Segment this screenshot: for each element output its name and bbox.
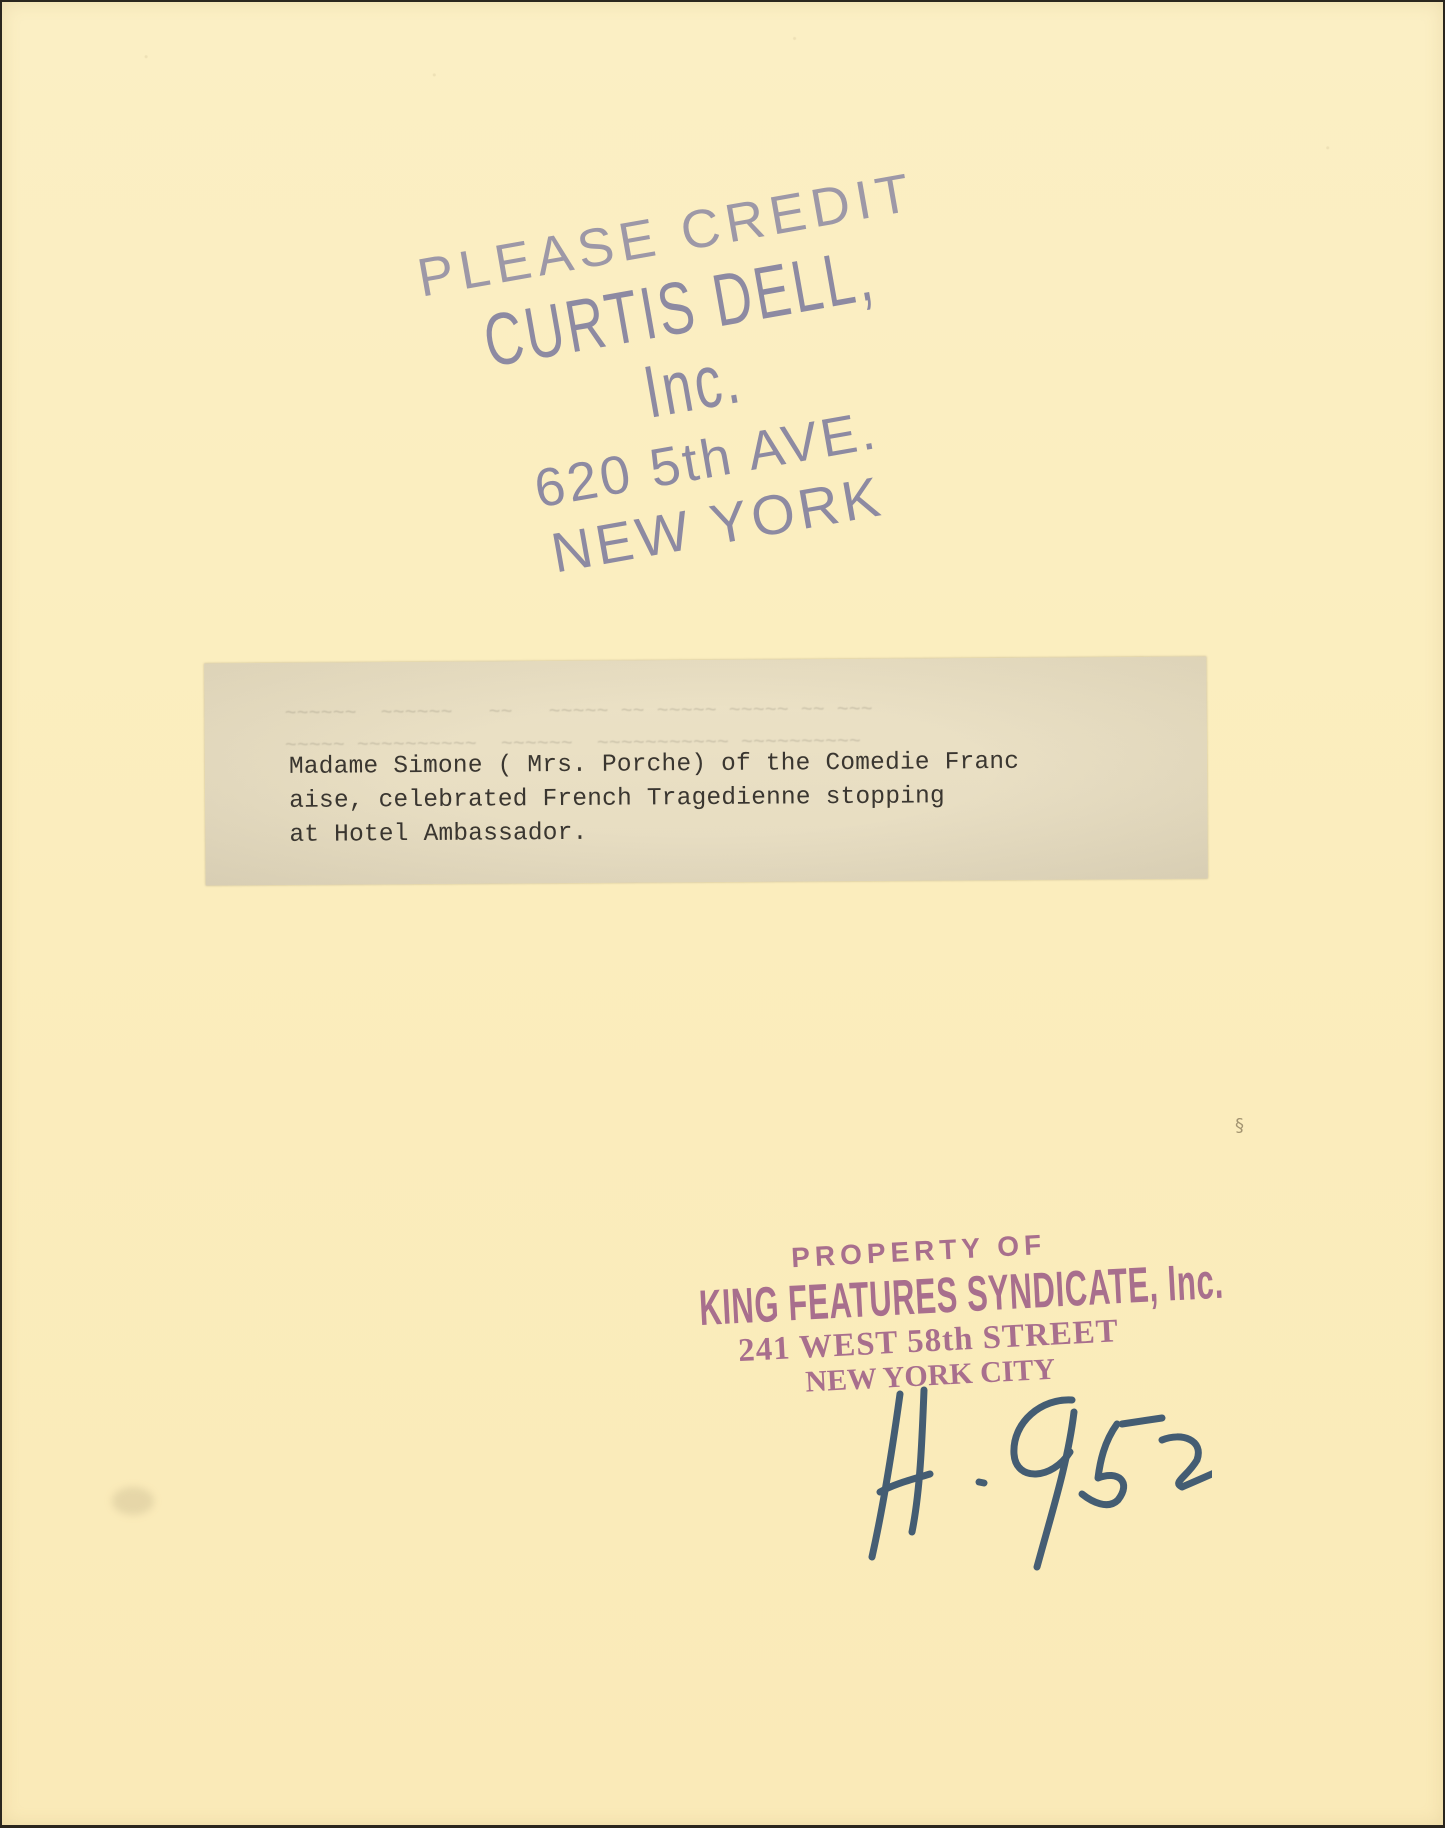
caption-line-2: aise, celebrated French Tragedienne stop… [289, 783, 945, 815]
typed-caption-clipping: ~~~~~~ ~~~~~~ ~~ ~~~~~ ~~ ~~~~~ ~~~~~ ~~… [204, 657, 1208, 886]
ink-speck-mark: § [1235, 1115, 1245, 1137]
caption-line-3: at Hotel Ambassador. [289, 820, 587, 849]
handwritten-number-glyphs [832, 1382, 1212, 1582]
photo-back-sheet: PLEASE CREDIT CURTIS DELL, Inc. 620 5th … [2, 2, 1443, 1825]
handwritten-file-number: A-952 [832, 1382, 1212, 1582]
property-stamp: PROPERTY OF KING FEATURES SYNDICATE, Inc… [618, 1219, 1206, 1409]
caption-text: Madame Simone ( Mrs. Porche) of the Come… [289, 746, 1020, 853]
caption-line-1: Madame Simone ( Mrs. Porche) of the Come… [289, 749, 1019, 781]
stain-mark [112, 1487, 154, 1515]
credit-stamp: PLEASE CREDIT CURTIS DELL, Inc. 620 5th … [371, 153, 1014, 606]
